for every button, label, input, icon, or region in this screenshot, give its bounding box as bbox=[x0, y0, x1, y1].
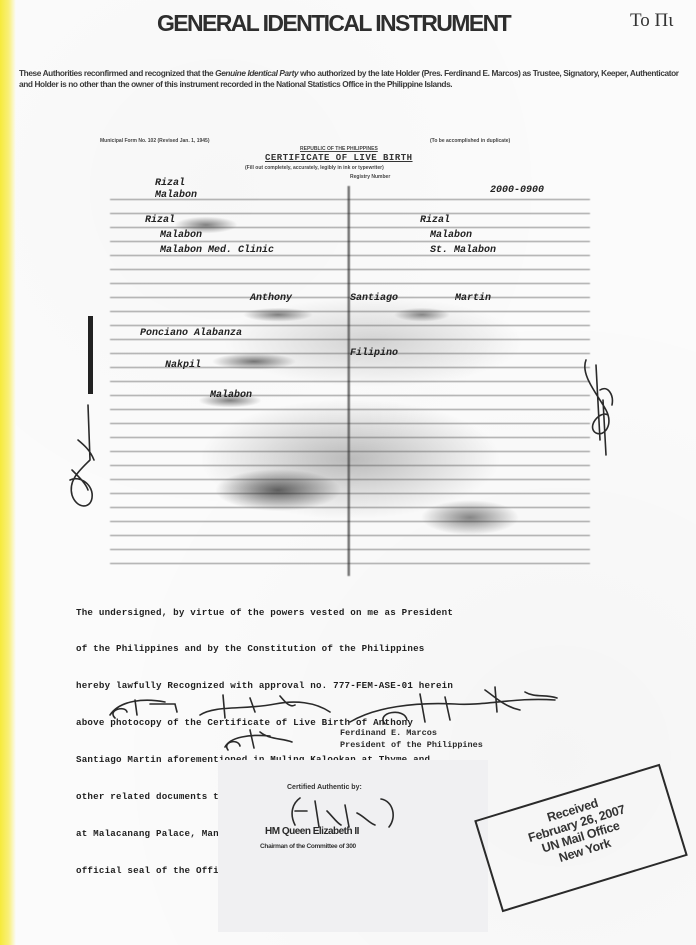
president-name: Ferdinand E. Marcos bbox=[340, 728, 437, 738]
witness-signature-3 bbox=[220, 722, 300, 754]
entry: Santiago bbox=[350, 293, 398, 304]
president-title: President of the Philippines bbox=[340, 740, 483, 750]
witness-signature-1 bbox=[105, 690, 195, 725]
entry: Martin bbox=[455, 293, 491, 304]
intro-paragraph: These Authorities reconfirmed and recogn… bbox=[19, 68, 684, 90]
certifier-name: HM Queen Elizabeth II bbox=[265, 826, 359, 837]
intro-text-start: These Authorities reconfirmed and recogn… bbox=[19, 68, 215, 78]
entry: Malabon bbox=[210, 390, 252, 401]
certifier-title: Chairman of the Committee of 300 bbox=[260, 843, 356, 850]
vertical-marker-bar bbox=[88, 316, 93, 394]
entry: Filipino bbox=[350, 348, 398, 359]
entry: Malabon bbox=[430, 230, 472, 241]
entry: Anthony bbox=[250, 293, 292, 304]
entry: Nakpil bbox=[165, 360, 201, 371]
left-margin-signature bbox=[60, 400, 110, 515]
entry: Rizal bbox=[420, 215, 450, 226]
entry: Malabon bbox=[160, 230, 202, 241]
president-signature bbox=[345, 682, 565, 730]
entry: Ponciano Alabanza bbox=[140, 328, 242, 339]
entry: St. Malabon bbox=[430, 245, 496, 256]
intro-italic-text: Genuine Identical Party bbox=[215, 68, 298, 78]
right-margin-signature bbox=[578, 355, 628, 465]
certified-authentic-label: Certified Authentic by: bbox=[287, 784, 362, 791]
document-title: GENERAL IDENTICAL INSTRUMENT bbox=[157, 10, 537, 37]
declaration-line: of the Philippines and by the Constituti… bbox=[76, 643, 636, 655]
certificate-entries: Rizal Rizal Malabon Malabon Malabon Med.… bbox=[100, 138, 600, 578]
witness-signature-2 bbox=[195, 690, 335, 725]
cropped-adjacent-page-text: To Πι bbox=[630, 10, 673, 32]
entry: Rizal bbox=[145, 215, 175, 226]
declaration-line: The undersigned, by virtue of the powers… bbox=[76, 607, 636, 619]
birth-certificate-photocopy: Municipal Form No. 102 (Revised Jan. 1, … bbox=[100, 138, 600, 578]
entry: Malabon Med. Clinic bbox=[160, 245, 274, 256]
highlighter-edge bbox=[0, 0, 16, 945]
